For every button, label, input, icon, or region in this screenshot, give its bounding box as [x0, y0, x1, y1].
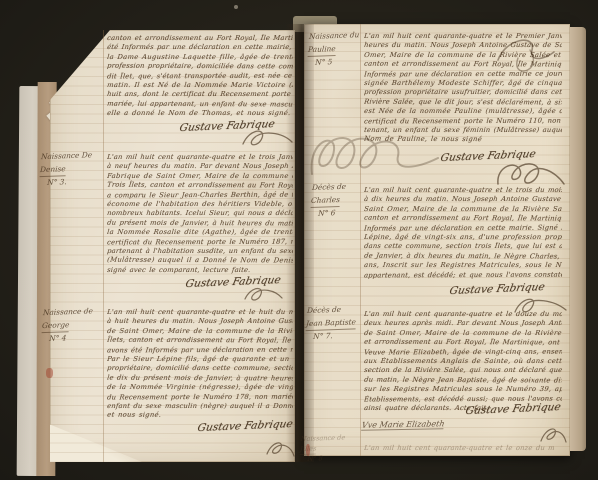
- dust-speck: [234, 5, 238, 9]
- margin-note-jules: Naissance de Jules N° 8: [299, 433, 363, 465]
- manuscript-line: Veuve Marie Elizabeth, âgée de vingt-cin…: [364, 347, 562, 357]
- margin-note-name: Denise: [40, 163, 67, 178]
- manuscript-line: nombreux habitants. Icelui Sieur, qui no…: [107, 209, 293, 218]
- manuscript-line: la Nommée Rosalie dite (Agathe), âgée de…: [107, 228, 293, 237]
- manuscript-line: L'an mil huit cent quarante-quatre et le…: [107, 153, 293, 162]
- manuscript-line: L'an mil huit cent quarante-quatre et le…: [364, 444, 554, 453]
- manuscript-line: canton et arrondissement au Fort Royal, …: [364, 214, 562, 224]
- manuscript-line: dit Îlet, que, s'étant transportée audit…: [107, 71, 293, 81]
- entry-act-continuation: canton et arrondissement au Fort Royal, …: [107, 34, 293, 119]
- right-edge-strip: [570, 27, 586, 451]
- entry-naissance-jules: L'an mil huit cent quarante-quatre et le…: [364, 444, 554, 453]
- margin-note-name: Jean Baptiste: [306, 316, 357, 331]
- manuscript-line: Informés par une déclaration en cette ma…: [364, 223, 562, 233]
- margin-note-name: Pauline: [308, 43, 337, 58]
- manuscript-line: profession propriétaire usufruitier, dom…: [364, 88, 562, 97]
- margin-note-name: George: [42, 319, 70, 334]
- manuscript-line: L'an mil huit cent quarante-quatre et le…: [107, 308, 293, 317]
- ink-scribble-icon: [306, 128, 446, 186]
- manuscript-line: elle a donné le Nom de Thomas, et nous s…: [107, 109, 293, 118]
- margin-note-pauline: Naissance du Pauline N° 5: [307, 29, 368, 70]
- manuscript-line: profession propriétaire, domiciliée dans…: [107, 62, 293, 72]
- manuscript-line: de la Nommée Virginie (négresse), âgée d…: [107, 383, 293, 392]
- manuscript-line: du Recensement porte le Numéro 178, non …: [107, 392, 293, 402]
- manuscript-line: canton et arrondissement au Fort Royal, …: [107, 34, 293, 43]
- manuscript-line: dans cette commune, section trois Îlets,…: [364, 242, 562, 251]
- manuscript-line: sur les Registres Matricules sous le Num…: [364, 385, 562, 394]
- manuscript-line: certificat du Recensement porte le Numér…: [364, 116, 562, 126]
- manuscript-line: deux heures après midi. Par devant Nous …: [364, 319, 562, 328]
- manuscript-line: L'an mil huit cent quarante-quatre et le…: [364, 310, 562, 319]
- witness-signature: Vve Marie Elizabeth: [361, 419, 445, 430]
- entry-deces-jean-baptiste: L'an mil huit cent quarante-quatre et le…: [364, 310, 562, 413]
- manuscript-line: certificat du Recensement porte le Numér…: [107, 237, 293, 247]
- entry-deces-charles: L'an mil huit cent quarante-quatre et le…: [364, 186, 562, 280]
- archival-register-photo: Naissance De Denise N° 3. Naissance de G…: [0, 0, 598, 480]
- manuscript-line: est Née de la nommée Pauline (mulâtresse…: [364, 107, 562, 116]
- paraph-flourish-icon: [264, 438, 296, 462]
- margin-note-charles: Décès de Charles N° 6: [310, 180, 371, 221]
- manuscript-line: et arrondissement au Fort Royal, Île Mar…: [364, 338, 562, 348]
- manuscript-line: Îlets, canton et arrondissement au Fort …: [107, 336, 293, 346]
- act-number: N° 8: [299, 453, 362, 465]
- act-number: N° 7.: [305, 329, 368, 344]
- margin-rule-right: [360, 24, 361, 456]
- margin-note-heading: Naissance du: [308, 29, 367, 44]
- paraph-flourish-icon: [242, 284, 284, 306]
- manuscript-line: appartenant, est décédé; et que nous l'a…: [364, 270, 562, 280]
- margin-rule-left: [103, 30, 104, 462]
- paraph-flourish-icon: [240, 126, 295, 152]
- manuscript-line: à dix heures du matin. Nous Joseph Antoi…: [364, 195, 562, 204]
- act-number: N° 6: [310, 206, 369, 221]
- manuscript-line: Trois Îlets, canton et arrondissement au…: [107, 181, 293, 191]
- manuscript-line: à neuf heures du matin. Par devant Nous …: [107, 162, 293, 171]
- act-number: N° 4: [41, 331, 106, 346]
- margin-note-george: Naissance de George N° 4: [41, 305, 108, 346]
- manuscript-line: a comparu le Sieur Jean-Charles Berthin,…: [107, 190, 293, 200]
- manuscript-line: ans, Inscrit sur les Registres Matricule…: [364, 261, 562, 270]
- margin-note-jean-baptiste: Décès de Jean Baptiste N° 7.: [305, 303, 370, 344]
- entry-naissance-denise: L'an mil huit cent quarante-quatre et le…: [107, 153, 293, 275]
- margin-note-name: Charles: [311, 194, 341, 209]
- manuscript-line: (Mulâtresse) auquel il a Donné le Nom de…: [107, 256, 293, 266]
- entry-naissance-george: L'an mil huit cent quarante-quatre et le…: [107, 308, 293, 421]
- act-number: N° 5: [307, 55, 366, 70]
- act-number: N° 3.: [39, 175, 104, 190]
- large-name-flourish-icon: [492, 36, 572, 76]
- margin-note-name: Jules: [300, 444, 317, 455]
- manuscript-line: été Informés par une déclaration en cett…: [107, 43, 293, 52]
- manuscript-line: avons été Informés par une déclaration e…: [107, 345, 293, 355]
- manuscript-line: propriétaire, domicilié dans cette commu…: [107, 364, 293, 373]
- margin-note-denise: Naissance De Denise N° 3.: [39, 149, 106, 190]
- manuscript-line: à huit heures du matin. Nous Joseph Anto…: [107, 317, 293, 326]
- manuscript-line: huit ans, dont le certificat du Recensem…: [107, 90, 293, 99]
- manuscript-line: L'an mil huit cent quarante-quatre et le…: [364, 186, 562, 195]
- manuscript-line: section de la Rivière Salée, qui nous on…: [364, 366, 562, 375]
